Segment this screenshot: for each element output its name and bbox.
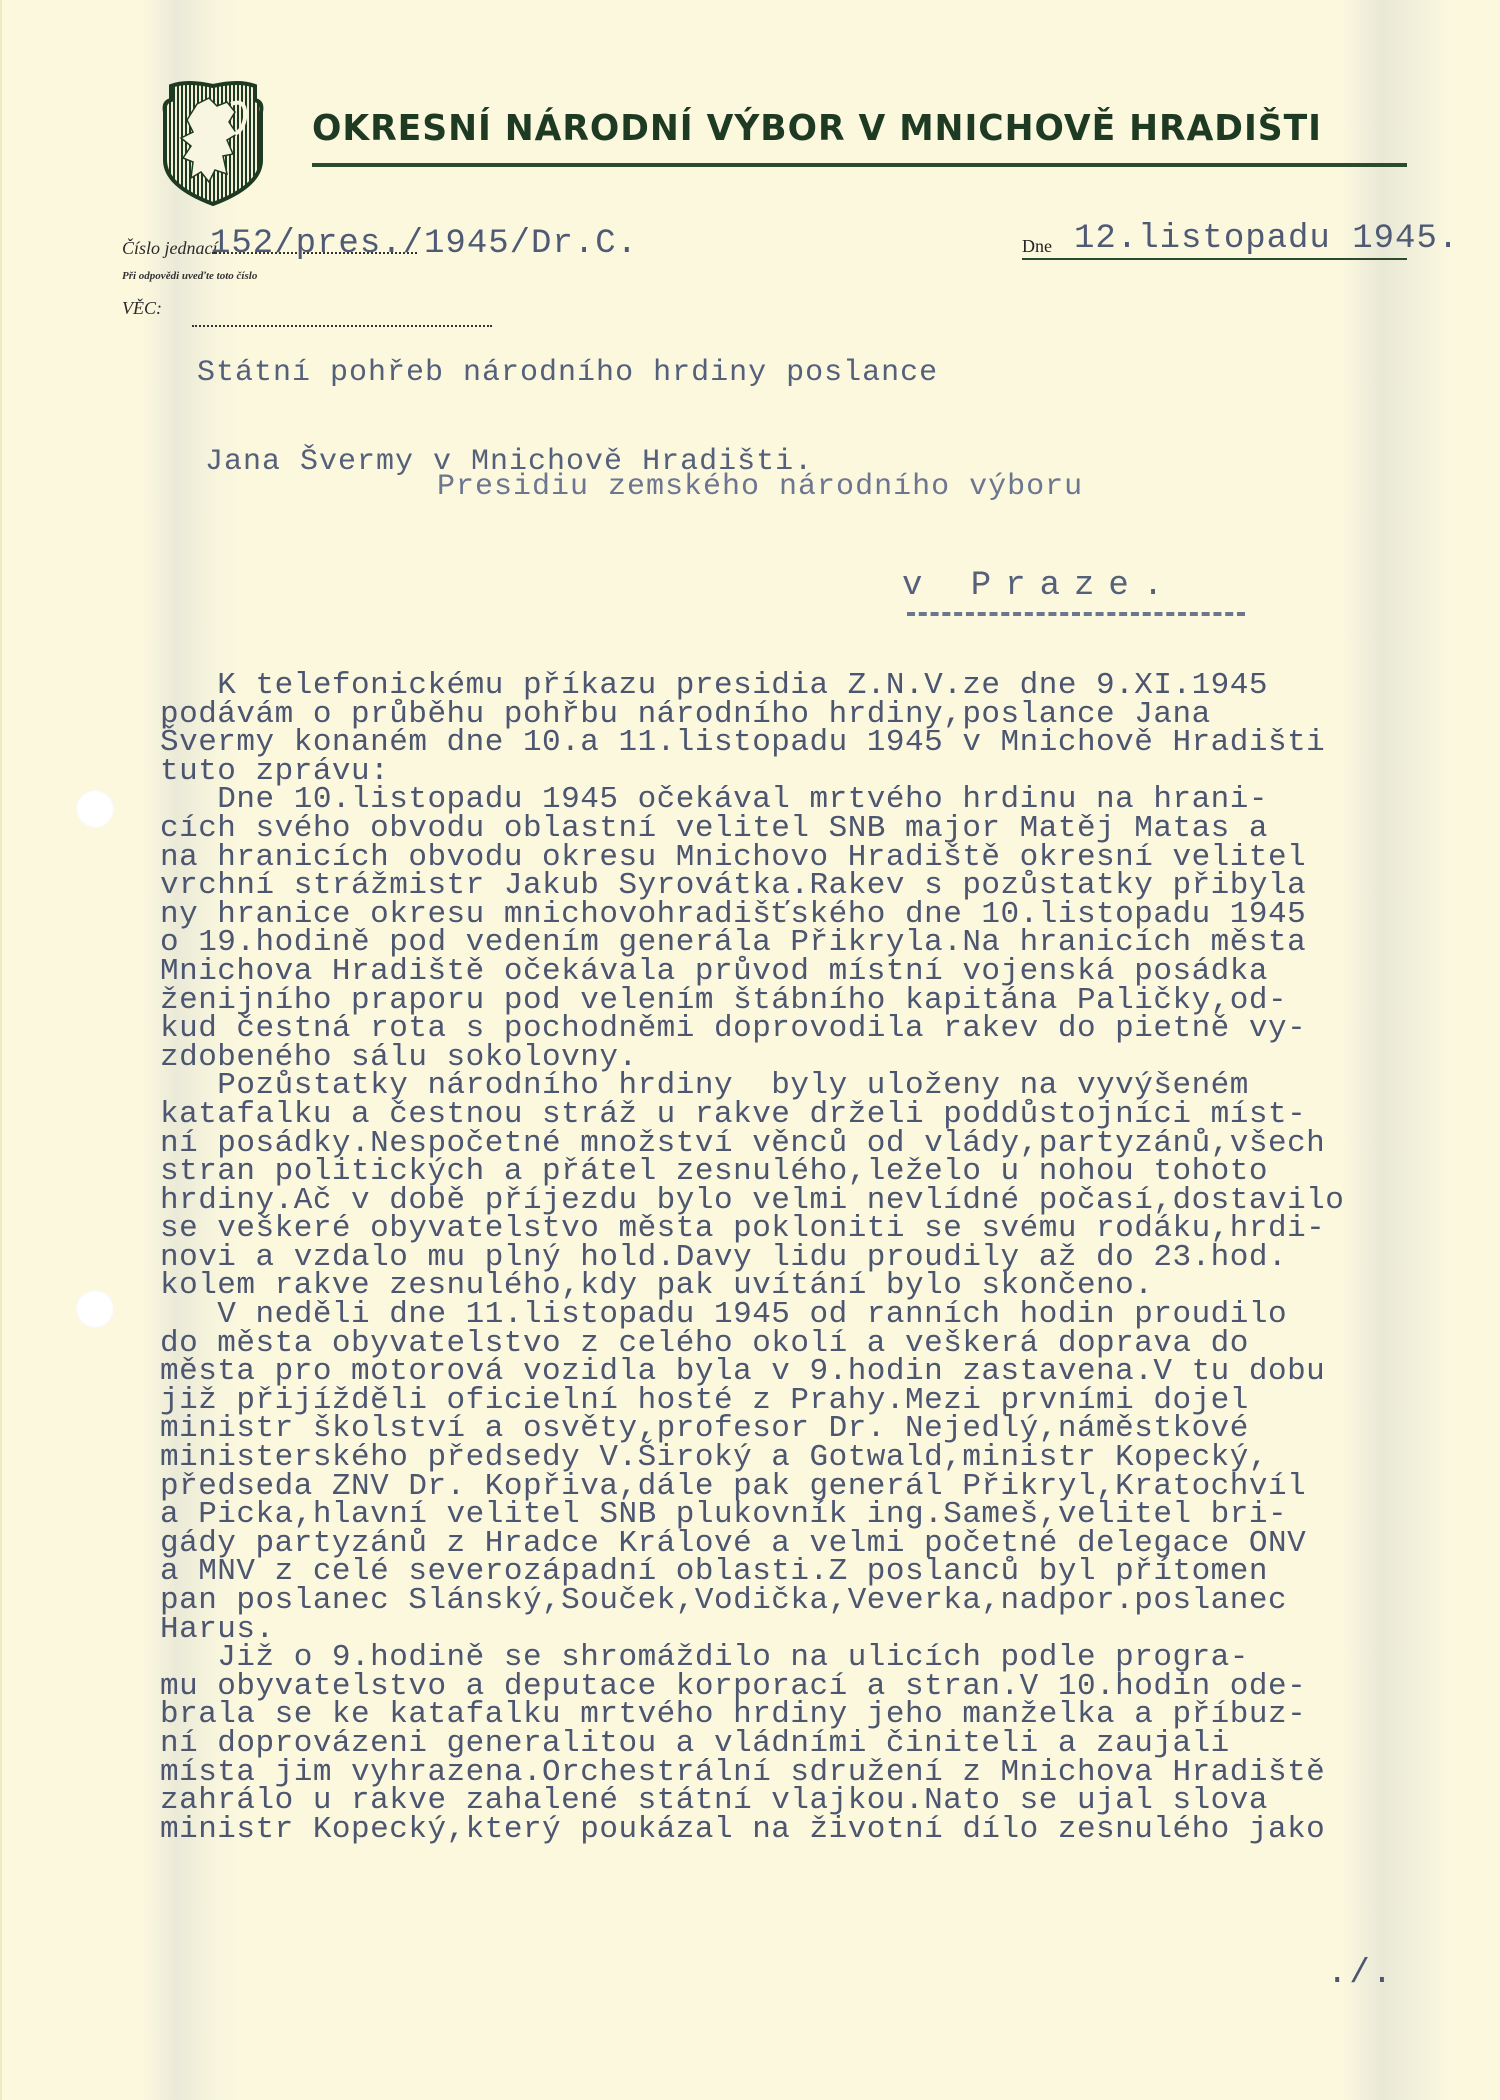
date-label: Dne <box>1022 236 1052 257</box>
reference-number: 152/pres./1945/Dr.C. <box>210 225 638 263</box>
recipient-underline <box>907 612 1245 616</box>
subject-label: VĚC: <box>122 298 162 319</box>
body-line: pan poslanec Slánský,Souček,Vodička,Veve… <box>160 1587 1490 1616</box>
document-page: OKRESNÍ NÁRODNÍ VÝBOR V MNICHOVĚ HRADIŠT… <box>0 0 1500 2100</box>
date-underline <box>1022 258 1407 260</box>
punch-hole <box>76 790 114 828</box>
date-value: 12.listopadu 1945. <box>1074 220 1459 258</box>
recipient-name: Presidiu zemského národního výboru <box>437 470 1083 504</box>
letter-body: K telefonickému příkazu presidia Z.N.V.z… <box>160 672 1490 1844</box>
letterhead-divider <box>312 163 1407 167</box>
coat-of-arms-lion-icon <box>157 78 269 208</box>
subject-line: Státní pohřeb národního hrdiny poslance <box>197 358 938 387</box>
continuation-mark: ./. <box>1327 1955 1394 1993</box>
body-line: ministr Kopecký,který poukázal na životn… <box>160 1816 1490 1845</box>
reference-hint: Při odpovědi uveďte toto číslo <box>122 270 257 282</box>
letterhead-org-name: OKRESNÍ NÁRODNÍ VÝBOR V MNICHOVĚ HRADIŠT… <box>312 108 1322 149</box>
recipient-city: v Praze. <box>902 567 1177 605</box>
reference-label: Číslo jednací: <box>122 238 224 259</box>
punch-hole <box>76 1290 114 1328</box>
